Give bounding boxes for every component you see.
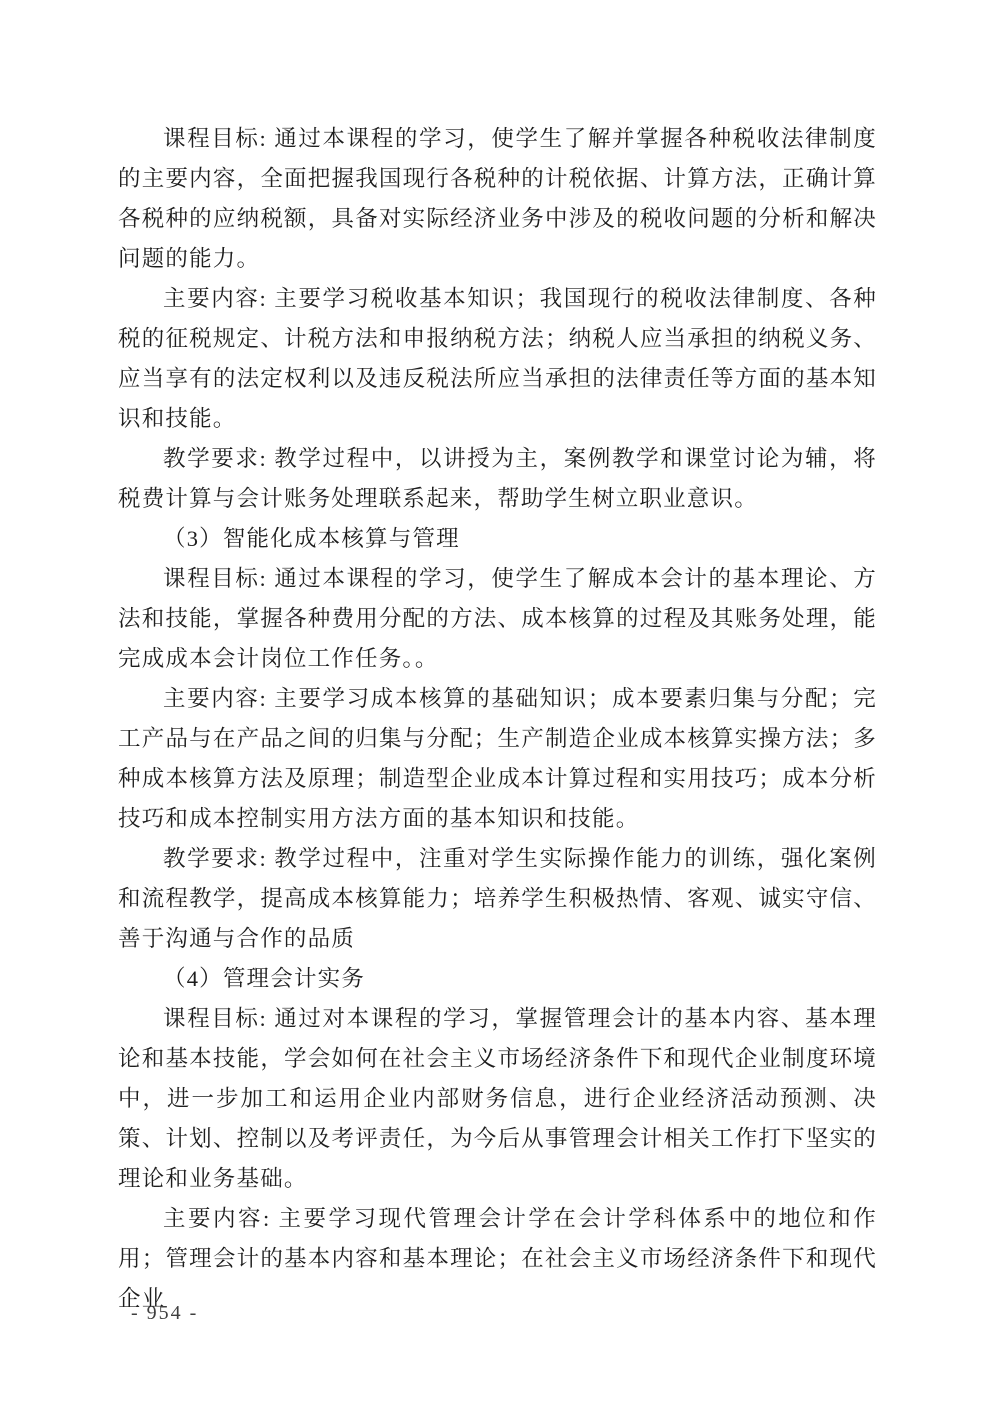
para-mgmt-main-content: 主要内容: 主要学习现代管理会计学在会计学科体系中的地位和作用；管理会计的基本内… <box>118 1199 877 1319</box>
para-cost-course-objectives: 课程目标: 通过本课程的学习，使学生了解成本会计的基本理论、方法和技能，掌握各种… <box>118 559 877 679</box>
para-mgmt-course-objectives: 课程目标: 通过对本课程的学习，掌握管理会计的基本内容、基本理论和基本技能，学会… <box>118 999 877 1199</box>
para-tax-main-content: 主要内容: 主要学习税收基本知识；我国现行的税收法律制度、各种税的征税规定、计税… <box>118 279 877 439</box>
para-tax-teaching-requirements: 教学要求: 教学过程中，以讲授为主，案例教学和课堂讨论为辅，将税费计算与会计账务… <box>118 439 877 519</box>
para-cost-teaching-requirements: 教学要求: 教学过程中，注重对学生实际操作能力的训练，强化案例和流程教学，提高成… <box>118 839 877 959</box>
document-page: 课程目标: 通过本课程的学习，使学生了解并掌握各种税收法律制度的主要内容，全面把… <box>0 0 1000 1414</box>
para-cost-main-content: 主要内容: 主要学习成本核算的基础知识；成本要素归集与分配；完工产品与在产品之间… <box>118 679 877 839</box>
heading-course-4-management-accounting: （4）管理会计实务 <box>118 959 877 999</box>
para-tax-course-objectives: 课程目标: 通过本课程的学习，使学生了解并掌握各种税收法律制度的主要内容，全面把… <box>118 119 877 279</box>
page-number: - 954 - <box>131 1300 198 1326</box>
text-column: 课程目标: 通过本课程的学习，使学生了解并掌握各种税收法律制度的主要内容，全面把… <box>118 119 877 1319</box>
heading-course-3-cost-accounting: （3）智能化成本核算与管理 <box>118 519 877 559</box>
